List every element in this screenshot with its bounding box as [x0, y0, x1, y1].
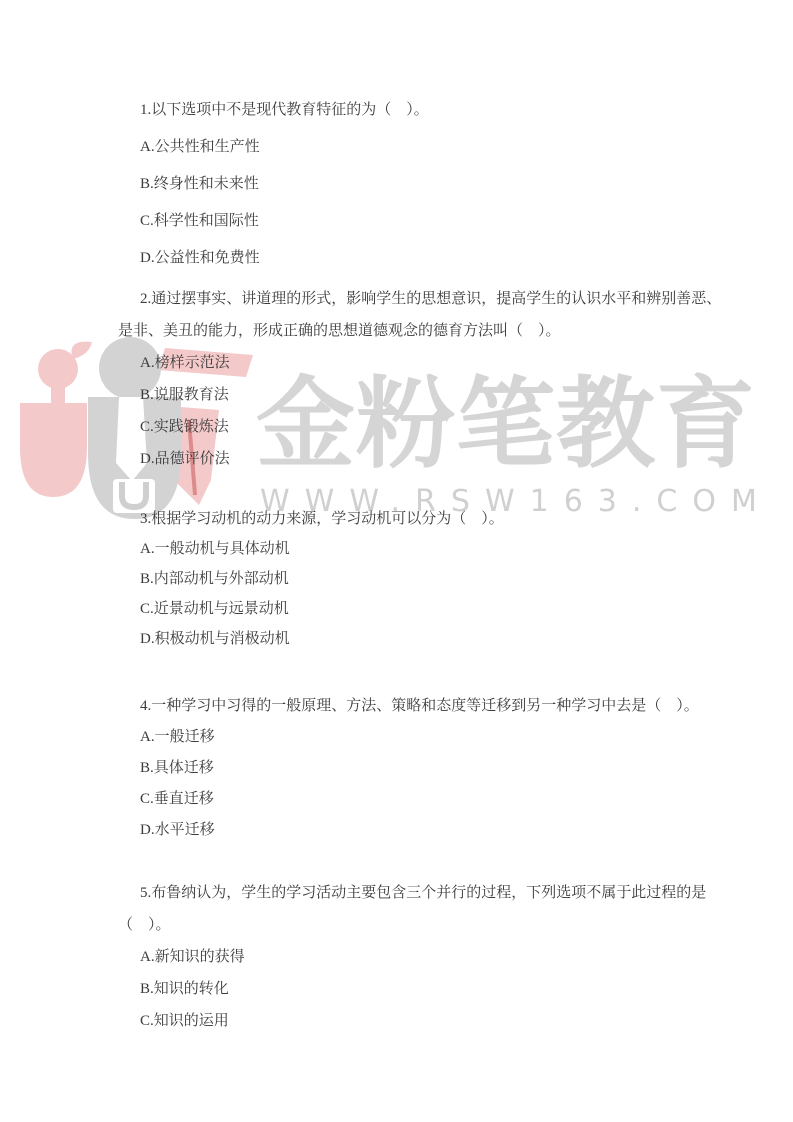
option-b: B.内部动机与外部动机	[118, 564, 504, 594]
question-block-5: 5.布鲁纳认为，学生的学习活动主要包含三个并行的过程，下列选项不属于此过程的是 …	[118, 877, 706, 1037]
option-d: D.积极动机与消极动机	[118, 624, 504, 654]
question-block-4: 4.一种学习中习得的一般原理、方法、策略和态度等迁移到另一种学习中去是（ ）。 …	[118, 691, 699, 846]
option-b: B.具体迁移	[118, 753, 699, 784]
leaf-icon	[72, 342, 92, 359]
option-a: A.新知识的获得	[118, 941, 706, 973]
option-b: B.知识的转化	[118, 973, 706, 1005]
question-text: 5.布鲁纳认为，学生的学习活动主要包含三个并行的过程，下列选项不属于此过程的是	[118, 877, 706, 909]
question-text: 1.以下选项中不是现代教育特征的为（ ）。	[118, 92, 429, 129]
question-block-3: 3.根据学习动机的动力来源，学习动机可以分为（ ）。 A.一般动机与具体动机 B…	[118, 504, 504, 654]
question-text: 4.一种学习中习得的一般原理、方法、策略和态度等迁移到另一种学习中去是（ ）。	[118, 691, 699, 722]
option-d: D.品德评价法	[118, 443, 721, 475]
option-b: B.说服教育法	[118, 379, 721, 411]
question-text: 2.通过摆事实、讲道理的形式，影响学生的思想意识，提高学生的认识水平和辨别善恶、	[118, 283, 721, 315]
option-c: C.实践锻炼法	[118, 411, 721, 443]
question-block-2: 2.通过摆事实、讲道理的形式，影响学生的思想意识，提高学生的认识水平和辨别善恶、…	[118, 283, 721, 475]
option-a: A.一般迁移	[118, 722, 699, 753]
option-b: B.终身性和未来性	[118, 166, 429, 203]
document-page: 金粉笔教育 WWW.RSW163.COM 1.以下选项中不是现代教育特征的为（ …	[0, 0, 793, 1122]
option-a: A.榜样示范法	[118, 347, 721, 379]
question-text-continued: （ ）。	[118, 909, 706, 941]
question-text-continued: 是非、美丑的能力，形成正确的思想道德观念的德育方法叫（ ）。	[118, 315, 721, 347]
question-text: 3.根据学习动机的动力来源，学习动机可以分为（ ）。	[118, 504, 504, 534]
option-a: A.公共性和生产性	[118, 129, 429, 166]
option-c: C.知识的运用	[118, 1005, 706, 1037]
option-a: A.一般动机与具体动机	[118, 534, 504, 564]
option-c: C.科学性和国际性	[118, 203, 429, 240]
option-d: D.水平迁移	[118, 815, 699, 846]
option-c: C.垂直迁移	[118, 784, 699, 815]
option-c: C.近景动机与远景动机	[118, 594, 504, 624]
option-d: D.公益性和免费性	[118, 240, 429, 277]
question-block-1: 1.以下选项中不是现代教育特征的为（ ）。 A.公共性和生产性 B.终身性和未来…	[118, 92, 429, 277]
